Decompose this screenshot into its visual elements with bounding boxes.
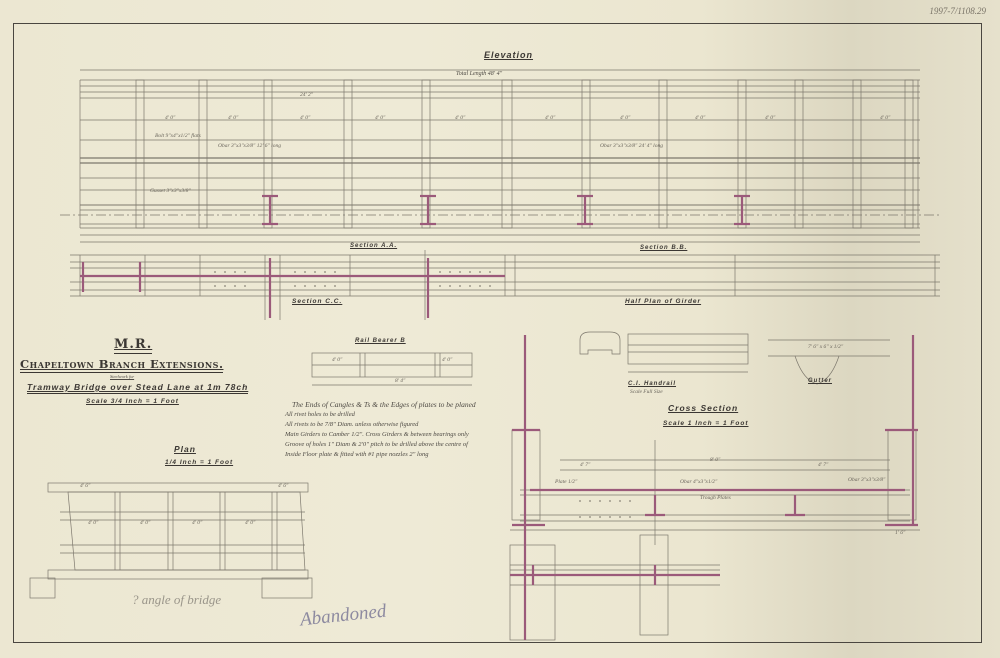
note-line: Inside Floor plate & fitted with #1 pipe…: [285, 450, 429, 460]
company-title: M.R.: [114, 337, 152, 354]
rail-bearer-dim: 4' 0": [332, 357, 342, 363]
bridge-title: Tramway Bridge over Stead Lane at 1m 78c…: [27, 382, 248, 394]
panel-dim: 4' 0": [228, 115, 238, 121]
cross-section-annotation: Obar 4"x3"x1/2": [680, 479, 717, 485]
cross-section-annotation: Obar 3"x3"x3/8": [848, 477, 885, 483]
gutter-dim: 7' 6" x 6" x 1/2": [808, 344, 843, 350]
subtitle-small: Steelwork for: [110, 372, 134, 382]
title-scale: Scale 3/4 Inch = 1 Foot: [86, 398, 179, 405]
plan-dim: 4' 0": [245, 520, 255, 526]
cross-section-dim: 4' 7": [580, 462, 590, 468]
panel-dim: 4' 0": [300, 115, 310, 121]
handrail-label: C.I. Handrail: [628, 381, 676, 387]
plan-dim: 4' 0": [192, 520, 202, 526]
elevation-annotation: Bolt 9"x4"x1/2" flats: [155, 133, 201, 139]
rail-bearer-title: Rail Bearer B: [355, 338, 406, 344]
drawing-linework: [0, 0, 1000, 658]
cross-section-title: Cross Section: [668, 403, 738, 413]
project-title: Chapeltown Branch Extensions.: [20, 357, 223, 373]
elevation-annotation: Obar 3"x3"x3/8" 24' 4" long: [600, 143, 663, 149]
rail-bearer-dim: 8' 4": [395, 378, 405, 384]
panel-dim: 4' 0": [880, 115, 890, 121]
cross-section-dim: 8' 0": [710, 457, 720, 463]
pencil-note: ? angle of bridge: [132, 592, 221, 608]
gutter-label: Gutter: [808, 378, 832, 384]
section-cc-label: Section C.C.: [292, 298, 342, 305]
note-line: Groove of holes 1" Diam & 2'0" pitch to …: [285, 440, 468, 450]
panel-dim: 4' 0": [455, 115, 465, 121]
cross-section-annotation: Plate 1/2": [555, 479, 577, 485]
cross-section-scale: Scale 1 Inch = 1 Foot: [663, 420, 748, 427]
elevation-annotation: Obar 3"x3"x3/8" 12' 6" long: [218, 143, 281, 149]
section-aa-label: Section A.A.: [350, 243, 397, 249]
panel-dim: 4' 0": [165, 115, 175, 121]
cross-section-dim: 4' 7": [818, 462, 828, 468]
total-length-label: Total Length 48' 4": [456, 69, 502, 79]
mid-dim: 24' 2": [300, 92, 313, 98]
handrail-scale: Scale Full Size: [630, 389, 663, 395]
rail-bearer-dim: 4' 0": [442, 357, 452, 363]
plan-dim: 4' 0": [140, 520, 150, 526]
drawing-sheet: 1997-7/1108.29: [0, 0, 1000, 658]
half-plan-label: Half Plan of Girder: [625, 298, 701, 305]
note-line: All rivets to be 7/8" Diam. unless other…: [285, 420, 418, 430]
note-line: The Ends of Cangles & Ts & the Edges of …: [292, 400, 476, 410]
cross-section-annotation: Trough Plates: [700, 495, 731, 501]
elevation-title: Elevation: [484, 50, 533, 60]
panel-dim: 4' 0": [545, 115, 555, 121]
cross-section-dim: 1' 6": [895, 530, 905, 536]
plan-scale: 1/4 Inch = 1 Foot: [165, 459, 233, 466]
section-bb-label: Section B.B.: [640, 245, 687, 251]
plan-dim: 4' 0": [88, 520, 98, 526]
panel-dim: 4' 0": [375, 115, 385, 121]
panel-dim: 4' 0": [765, 115, 775, 121]
plan-title: Plan: [174, 444, 196, 454]
note-line: Main Girders to Camber 1/2". Cross Girde…: [285, 430, 469, 440]
panel-dim: 4' 0": [620, 115, 630, 121]
panel-dim: 4' 0": [695, 115, 705, 121]
plan-dim: 4' 6": [278, 483, 288, 489]
elevation-annotation: Gusset 3"x3"x3/8": [150, 188, 191, 194]
note-line: All rivet holes to be drilled: [285, 410, 355, 420]
plan-dim: 4' 6": [80, 483, 90, 489]
